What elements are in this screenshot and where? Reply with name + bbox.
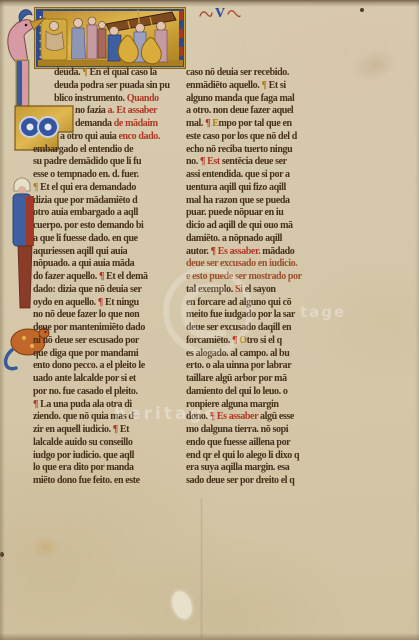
- parchment-repair-spot: [169, 589, 195, 621]
- wormhole-speck: [0, 552, 4, 557]
- text-segment: no nō deue fazer lo que non: [33, 309, 139, 320]
- text-line: es alogado. al campo. al bu: [186, 348, 338, 361]
- text-line: do fazer aquello. ¶ Et el demā: [33, 271, 185, 284]
- text-line: tal exemplo. Si el sayon: [186, 284, 338, 297]
- text-segment: tal exemplo.: [186, 284, 235, 295]
- text-segment: ¶: [261, 80, 268, 91]
- text-segment: e esto puede ser mostrado por: [186, 271, 302, 282]
- text-segment: ¶ Est: [200, 156, 222, 167]
- text-line: uentura aqill qui fizo aqill: [186, 182, 338, 195]
- text-line: otro auia embargado a aqll: [33, 207, 185, 220]
- wormhole-speck: [360, 8, 364, 12]
- text-line: no. ¶ Est sentēcia deue ser: [186, 156, 338, 169]
- text-line: lalcalde auido su conseillo: [33, 437, 185, 450]
- text-segment: ¶ Es assaber.: [211, 246, 263, 257]
- text-segment: lo que era dito por manda: [33, 462, 134, 473]
- text-segment: embargado el entendio de: [33, 144, 133, 155]
- text-line: era suya aqilla margin. esa: [186, 462, 338, 475]
- text-line: oydo en aquello. ¶ Et ningu: [33, 297, 185, 310]
- text-segment: mpo por tal que en: [219, 118, 292, 129]
- text-line: aquriessen aqill qui auia: [33, 246, 185, 259]
- text-segment: endo que fuesse aillena por: [186, 437, 290, 448]
- text-segment: a. Et assaber: [108, 105, 158, 116]
- text-segment: aquriessen aqill qui auia: [33, 246, 127, 257]
- text-segment: forcamiēto.: [186, 335, 232, 346]
- text-segment: erto. o ala uinna por labrar: [186, 360, 291, 371]
- text-line: e esto puede ser mostrado por: [186, 271, 338, 284]
- text-segment: a otro qui auia: [60, 131, 118, 142]
- text-segment: cuerpo. por esto demando bi: [33, 220, 143, 231]
- text-line: deue por mantenimiēto dado: [33, 322, 185, 335]
- text-segment: Et ningu: [105, 297, 139, 308]
- text-segment: damiēto. a nōpnado aqill: [186, 233, 282, 244]
- text-line: ronpiere alguna margin: [186, 399, 338, 412]
- text-line: dicio ad aqill de qui ouo mā: [186, 220, 338, 233]
- text-segment: La una puda ala otra di: [40, 399, 132, 410]
- text-line: iudgo por iudicio. que aqll: [33, 450, 185, 463]
- text-line: deue ser excusado en iudicio.: [186, 258, 338, 271]
- text-segment: este caso por los que nō del d: [186, 131, 297, 142]
- text-line: lo que era dito por manda: [33, 462, 185, 475]
- text-segment: lalcalde auido su conseillo: [33, 437, 133, 448]
- text-segment: mal.: [186, 118, 205, 129]
- text-segment: puar. puede nōpuar en iu: [186, 207, 283, 218]
- text-line: puar. puede nōpuar en iu: [186, 207, 338, 220]
- text-segment: de mādaim: [114, 118, 158, 129]
- text-segment: enco dado.: [118, 131, 160, 142]
- text-segment: damiento del qui lo leuo. o: [186, 386, 287, 397]
- page-bottom-edge: [0, 633, 419, 640]
- text-line: end qr el qui lo alego li dixo q: [186, 450, 338, 463]
- text-segment: ¶: [113, 424, 120, 435]
- folio-number: V: [215, 7, 225, 21]
- text-segment: taillare algū arbor por mā: [186, 373, 287, 384]
- text-segment: alguno manda que faga mal: [186, 93, 294, 104]
- text-line: meito fue iudgado por la sar: [186, 309, 338, 322]
- text-segment: deue ser excusado en iudicio.: [186, 258, 297, 269]
- text-line: taillare algū arbor por mā: [186, 373, 338, 386]
- text-line: mo dalguna tierra. nō sopi: [186, 424, 338, 437]
- text-segment: uado ante lalcalde por si et: [33, 373, 136, 384]
- text-line: embargado el entendio de: [33, 144, 185, 157]
- text-line: mal ha razon que se pueda: [186, 195, 338, 208]
- text-line: enmādiēto aquello. ¶ Et si: [186, 80, 338, 93]
- text-line: no nō deue fazer lo que non: [33, 309, 185, 322]
- text-line: que diga que por mandami: [33, 348, 185, 361]
- text-segment: en forcare ad alguno qui cō: [186, 297, 291, 308]
- text-segment: meito fue iudgado por la sar: [186, 309, 295, 320]
- text-segment: Et el demā: [106, 271, 148, 282]
- text-line: autor. ¶ Es assaber. mādado: [186, 246, 338, 259]
- text-line: a otro. non deue fazer aquel: [186, 105, 338, 118]
- text-column-right: caso nō deuia ser recebido.enmādiēto aqu…: [186, 67, 338, 488]
- text-line: ¶ La una puda ala otra di: [33, 399, 185, 412]
- text-segment: sentēcia deue ser: [222, 156, 287, 167]
- text-segment: deue por mantenimiēto dado: [33, 322, 145, 333]
- text-segment: Et: [120, 424, 129, 435]
- text-segment: deuda podra ser puada sin pu: [54, 80, 170, 91]
- text-segment: era suya aqilla margin. esa: [186, 462, 289, 473]
- text-line: a que li fuesse dado. en que: [33, 233, 185, 246]
- text-segment: su padre demādido que li fu: [33, 156, 141, 167]
- text-line: zir en aquell iudicio. ¶ Et: [33, 424, 185, 437]
- text-line: en forcare ad alguno qui cō: [186, 297, 338, 310]
- text-line: a otro qui auia enco dado.: [33, 131, 185, 144]
- text-segment: sado deue ser por dreito el q: [186, 475, 294, 486]
- text-segment: no.: [186, 156, 200, 167]
- text-segment: En el qual caso la: [89, 67, 156, 78]
- text-line: deuda podra ser puada sin pu: [33, 80, 185, 93]
- text-segment: demanda: [75, 118, 114, 129]
- text-segment: Et el qui era demandado: [40, 182, 136, 193]
- text-segment: O: [239, 335, 246, 346]
- text-segment: autor.: [186, 246, 211, 257]
- page-right-edge: [415, 0, 419, 640]
- text-line: caso nō deuia ser recebido.: [186, 67, 338, 80]
- text-segment: por no. fue casado el pleito.: [33, 386, 138, 397]
- text-segment: nōpuado. a qui auia māda: [33, 258, 134, 269]
- text-segment: a otro. non deue fazer aquel: [186, 105, 293, 116]
- text-segment: blico instrumento.: [54, 93, 127, 104]
- text-line: ziendo. que nō quia mas d: [33, 411, 185, 424]
- text-segment: ento dono pecco. a el pleito le: [33, 360, 145, 371]
- text-line: dado: dizia que nō deuia ser: [33, 284, 185, 297]
- text-segment: dizia que por mādamiēto d: [33, 195, 137, 206]
- dragon-icon: [8, 10, 45, 62]
- text-line: nōpuado. a qui auia māda: [33, 258, 185, 271]
- initial-bar: [16, 60, 29, 108]
- text-line: cuerpo. por esto demando bi: [33, 220, 185, 233]
- text-segment: no fazia: [75, 105, 108, 116]
- text-line: no fazia a. Et assaber: [33, 105, 185, 118]
- text-segment: miēto dono fue feito. en este: [33, 475, 140, 486]
- text-line: dono. ¶ Es assaber algū esse: [186, 411, 338, 424]
- text-line: endo que fuesse aillena por: [186, 437, 338, 450]
- text-segment: end qr el qui lo alego li dixo q: [186, 450, 299, 461]
- text-line: miēto dono fue feito. en este: [33, 475, 185, 488]
- text-segment: enmādiēto aquello.: [186, 80, 261, 91]
- text-segment: tro si el q: [247, 335, 282, 346]
- text-segment: deue ser excusado daqill en: [186, 322, 291, 333]
- text-line: este caso por los que nō del d: [186, 131, 338, 144]
- pen-flourish-icon: [199, 8, 213, 20]
- text-segment: dicio ad aqill de qui ouo mā: [186, 220, 293, 231]
- text-segment: algū esse: [260, 411, 294, 422]
- text-segment: mādado: [262, 246, 294, 257]
- text-segment: Et si: [269, 80, 286, 91]
- text-segment: que diga que por mandami: [33, 348, 138, 359]
- text-segment: dado: dizia que nō deuia ser: [33, 284, 142, 295]
- text-segment: a que li fuesse dado. en que: [33, 233, 138, 244]
- text-line: uado ante lalcalde por si et: [33, 373, 185, 386]
- text-segment: oydo en aquello.: [33, 297, 98, 308]
- text-line: ni nō deue ser escusado por: [33, 335, 185, 348]
- text-line: alguno manda que faga mal: [186, 93, 338, 106]
- text-line: por no. fue casado el pleito.: [33, 386, 185, 399]
- text-line: sado deue ser por dreito el q: [186, 475, 338, 488]
- text-segment: es alogado. al campo. al bu: [186, 348, 289, 359]
- text-line: forcamiēto. ¶ Otro si el q: [186, 335, 338, 348]
- text-line: esse o tempnado en. d. fuer.: [33, 169, 185, 182]
- text-line: mal. ¶ Empo por tal que en: [186, 118, 338, 131]
- text-line: erto. o ala uinna por labrar: [186, 360, 338, 373]
- text-segment: ¶: [99, 271, 106, 282]
- pen-flourish-icon: [227, 8, 241, 20]
- text-segment: ronpiere alguna margin: [186, 399, 279, 410]
- text-line: dizia que por mādamiēto d: [33, 195, 185, 208]
- text-line: su padre demādido que li fu: [33, 156, 185, 169]
- text-segment: otro auia embargado a aqll: [33, 207, 138, 218]
- text-line: ento dono pecco. a el pleito le: [33, 360, 185, 373]
- text-line: assi entendida. que si por a: [186, 169, 338, 182]
- text-segment: Si: [235, 284, 243, 295]
- parchment-stain: [348, 44, 401, 87]
- text-segment: uentura aqill qui fizo aqill: [186, 182, 286, 193]
- text-line: damiēto. a nōpnado aqill: [186, 233, 338, 246]
- text-segment: echo nō reciba tuerto ningu: [186, 144, 292, 155]
- marginal-figure: [13, 178, 34, 308]
- text-line: deue ser excusado daqill en: [186, 322, 338, 335]
- text-segment: assi entendida. que si por a: [186, 169, 290, 180]
- text-segment: mo dalguna tierra. nō sopi: [186, 424, 288, 435]
- text-segment: zir en aquell iudicio.: [33, 424, 113, 435]
- text-line: deuda. ¶ En el qual caso la: [33, 67, 185, 80]
- text-line: damiento del qui lo leuo. o: [186, 386, 338, 399]
- text-segment: caso nō deuia ser recebido.: [186, 67, 289, 78]
- text-line: ¶ Et el qui era demandado: [33, 182, 185, 195]
- text-segment: Quando: [127, 93, 159, 104]
- text-segment: deuda.: [54, 67, 82, 78]
- text-segment: mal ha razon que se pueda: [186, 195, 290, 206]
- parchment-stain: [30, 536, 60, 558]
- text-segment: ziendo. que nō quia mas d: [33, 411, 134, 422]
- text-segment: ¶: [98, 297, 105, 308]
- text-line: demanda de mādaim: [33, 118, 185, 131]
- text-line: blico instrumento. Quando: [33, 93, 185, 106]
- text-segment: do fazer aquello.: [33, 271, 99, 282]
- text-column-left: deuda. ¶ En el qual caso ladeuda podra s…: [33, 67, 185, 488]
- manuscript-photo: V deuda. ¶ En el qual caso ladeuda podra…: [0, 0, 419, 640]
- text-line: echo nō reciba tuerto ningu: [186, 144, 338, 157]
- text-segment: dono.: [186, 411, 210, 422]
- text-segment: ni nō deue ser escusado por: [33, 335, 139, 346]
- text-segment: iudgo por iudicio. que aqll: [33, 450, 134, 461]
- text-segment: esse o tempnado en. d. fuer.: [33, 169, 139, 180]
- quire-mark: V: [199, 7, 241, 21]
- text-segment: el sayon: [243, 284, 276, 295]
- text-segment: ¶ Es assaber: [210, 411, 260, 422]
- parchment-crease: [201, 498, 202, 638]
